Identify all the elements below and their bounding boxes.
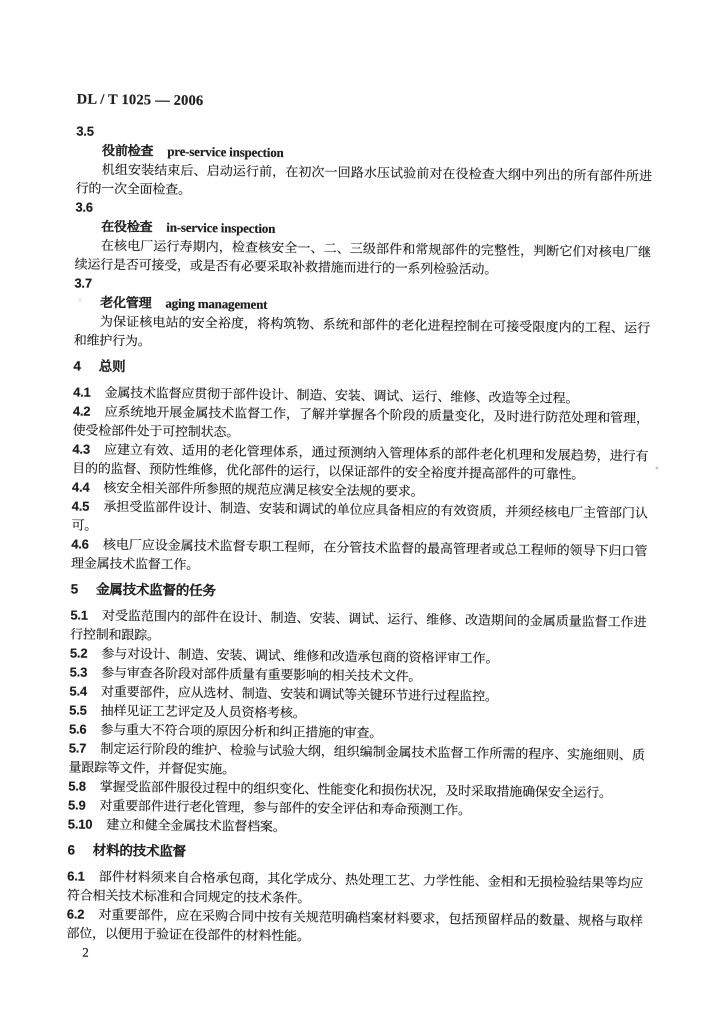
chapter-number: 4 bbox=[73, 358, 80, 373]
term-definition: 机组安装结束后、启动运行前，在初次一回路水压试验前对在役检查大纲中列出的所有部件… bbox=[76, 160, 652, 205]
clause-text: 参与审查各阶段对部件质量有重要影响的相关技术文件。 bbox=[101, 665, 421, 684]
clause-number: 4.3 bbox=[72, 441, 90, 456]
term-block-3-6: 3.6 在役检查in-service inspection 在核电厂运行寿期内，… bbox=[75, 198, 652, 281]
chapter-heading-5: 5金属技术监督的任务 bbox=[71, 579, 647, 605]
chapter-heading-4: 4总则 bbox=[73, 356, 649, 382]
clause-number: 4.4 bbox=[72, 479, 90, 494]
clause-text: 抽样见证工艺评定及人员资格考核。 bbox=[101, 703, 306, 721]
term-block-3-7: 3.7 老化管理aging management 为保证核电站的安全裕度，将构筑… bbox=[74, 273, 651, 356]
clause-number: 5.4 bbox=[69, 683, 87, 698]
clause-4-6: 4.6核电厂应设金属技术监督专职工程师，在分管技术监督的最高管理者或总工程师的领… bbox=[71, 534, 647, 579]
clause-text: 对重要部件进行老化管理，参与部件的安全评估和寿命预测工作。 bbox=[99, 798, 470, 818]
clause-number: 4.1 bbox=[73, 384, 91, 399]
chapter-title: 总则 bbox=[99, 359, 126, 374]
chapter-title: 材料的技术监督 bbox=[93, 843, 186, 859]
clause-text: 承担受监部件设计、制造、安装和调试的单位应具备相应的有效资质，并须经核电厂主管部… bbox=[71, 499, 647, 533]
clause-text: 参与重大不符合项的原因分析和纠正措施的审查。 bbox=[100, 722, 382, 740]
clause-text: 应建立有效、适用的老化管理体系，通过预测纳入管理体系的部件老化机理和发展趋势，进… bbox=[72, 442, 648, 482]
clause-text: 应系统地开展金属技术监督工作，了解并掌握各个阶段的质量变化，及时进行防范处理和管… bbox=[73, 404, 649, 440]
document-code-header: DL / T 1025 — 2006 bbox=[77, 91, 653, 117]
term-chinese: 在役检查 bbox=[101, 219, 152, 235]
clause-number: 6.1 bbox=[67, 868, 85, 883]
clause-text: 对受监范围内的部件在设计、制造、安装、调试、运行、维修、改造期间的金属质量监督工… bbox=[70, 608, 646, 643]
clause-number: 5.10 bbox=[68, 816, 93, 831]
chapter-number: 6 bbox=[67, 842, 74, 857]
clause-number: 5.5 bbox=[69, 702, 87, 717]
term-english: in-service inspection bbox=[166, 220, 275, 236]
clause-number: 5.6 bbox=[69, 721, 87, 736]
term-english: aging management bbox=[165, 296, 267, 312]
term-block-3-5: 3.5 役前检查pre-service inspection 机组安装结束后、启… bbox=[76, 122, 653, 205]
term-definition: 在核电厂运行寿期内，检查核安全一、二、三级部件和常规部件的完整性，判断它们对核电… bbox=[75, 235, 651, 280]
term-chinese: 老化管理 bbox=[100, 295, 151, 311]
clause-number: 5.1 bbox=[70, 607, 88, 622]
clause-number: 6.2 bbox=[67, 906, 85, 921]
clause-number: 5.9 bbox=[68, 797, 86, 812]
document-content: DL / T 1025 — 2006 3.5 役前检查pre-service i… bbox=[66, 91, 653, 969]
clause-number: 5.8 bbox=[68, 778, 86, 793]
scanned-document-page: DL / T 1025 — 2006 3.5 役前检查pre-service i… bbox=[0, 0, 724, 1024]
clause-text: 对重要部件，应在采购合同中按有关规范明确档案材料要求，包括预留样品的数量、规格与… bbox=[66, 907, 642, 944]
clause-6-2: 6.2对重要部件，应在采购合同中按有关规范明确档案材料要求，包括预留样品的数量、… bbox=[66, 904, 642, 949]
term-chinese: 役前检查 bbox=[102, 143, 153, 159]
clause-text: 核电厂应设金属技术监督专职工程师，在分管技术监督的最高管理者或总工程师的领导下归… bbox=[71, 537, 647, 572]
clause-text: 核安全相关部件所参照的规范应满足核安全法规的要求。 bbox=[103, 480, 423, 499]
chapter-title: 金属技术监督的任务 bbox=[96, 582, 216, 598]
clause-number: 5.7 bbox=[69, 740, 87, 755]
clause-text: 制定运行阶段的维护、检验与试验大纲，组织编制金属技术监督工作所需的程序、实施细则… bbox=[68, 741, 644, 777]
clause-text: 部件材料须来自合格承包商，其化学成分、热处理工艺、力学性能、金相和无损检验结果等… bbox=[67, 869, 643, 906]
clause-text: 建立和健全金属技术监督档案。 bbox=[106, 817, 285, 834]
clause-number: 4.6 bbox=[71, 536, 89, 551]
term-definition: 为保证核电站的安全裕度，将构筑物、系统和部件的老化进程控制在可接受限度内的工程、… bbox=[74, 311, 650, 356]
term-english: pre-service inspection bbox=[167, 144, 283, 160]
clause-number: 4.2 bbox=[73, 403, 91, 418]
chapter-heading-6: 6材料的技术监督 bbox=[67, 840, 643, 866]
chapter-number: 5 bbox=[71, 581, 78, 596]
clause-number: 5.3 bbox=[70, 664, 88, 679]
clause-number: 4.5 bbox=[72, 498, 90, 513]
clause-number: 5.2 bbox=[70, 645, 88, 660]
